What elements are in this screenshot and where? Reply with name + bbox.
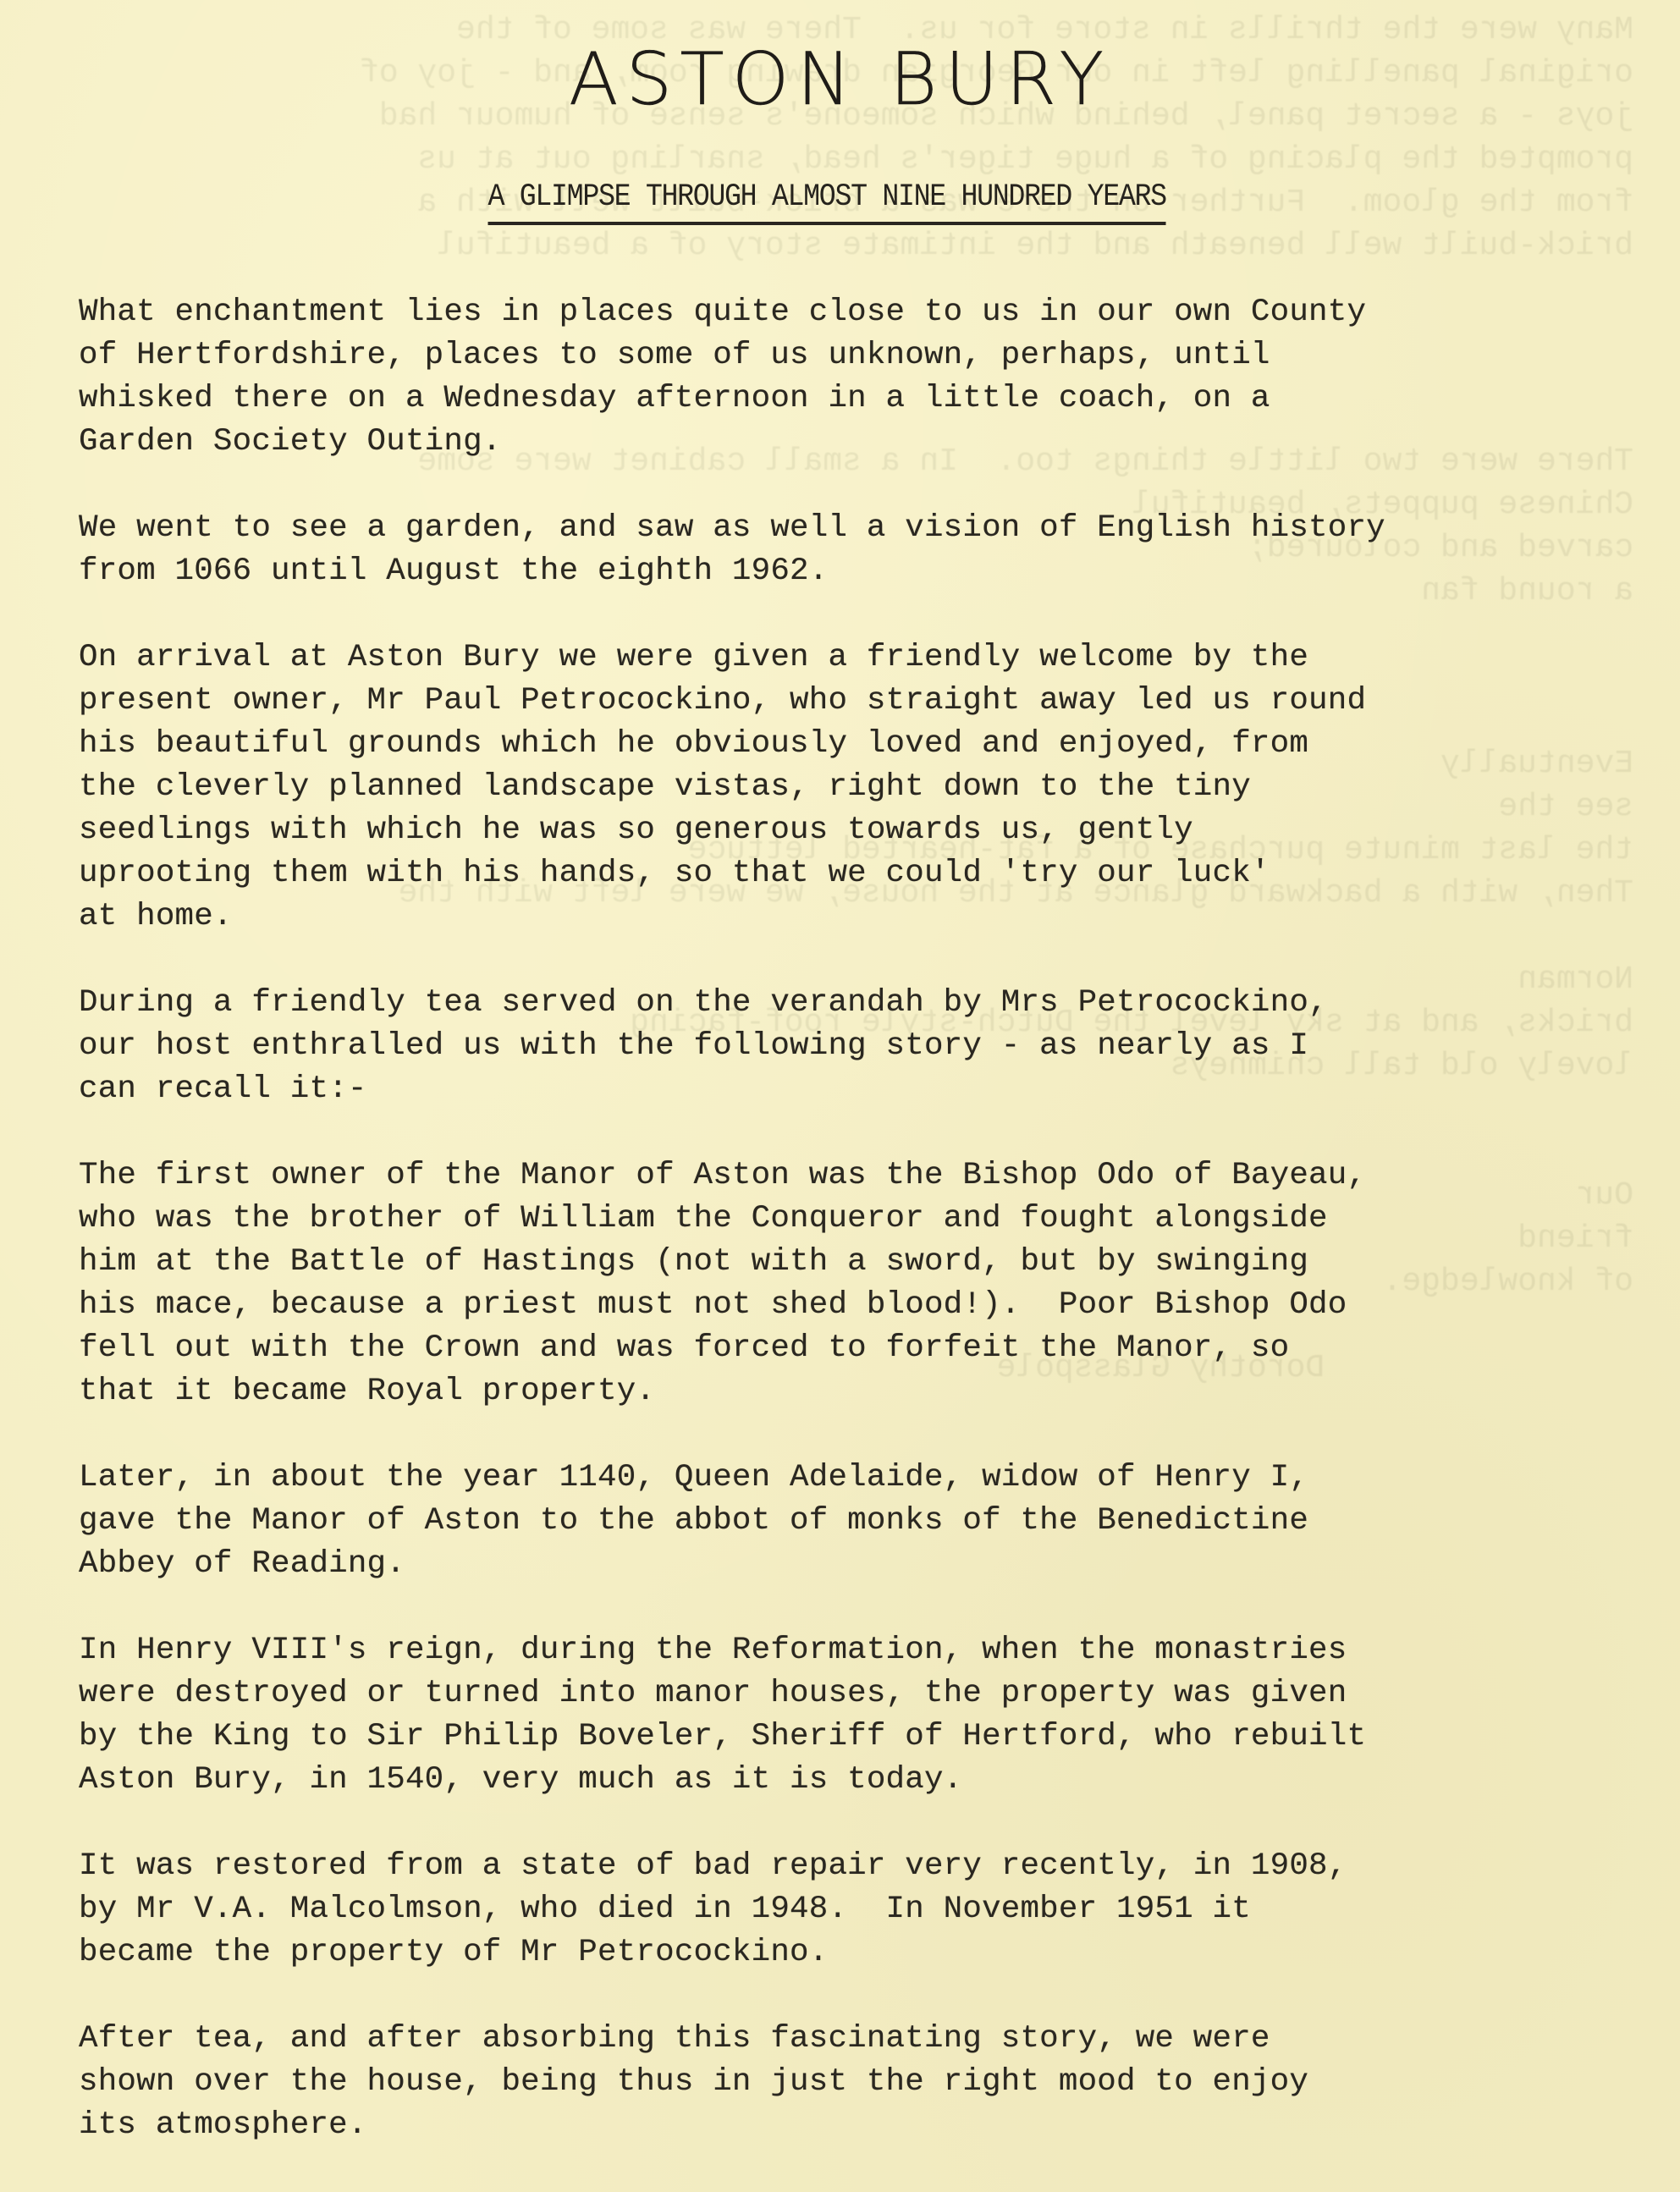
paragraph: Later, in about the year 1140, Queen Ade… (79, 1457, 1628, 1586)
document-title: ASTON BURY (0, 37, 1680, 122)
text-line: our host enthralled us with the followin… (79, 1025, 1628, 1068)
text-line: his mace, because a priest must not shed… (79, 1284, 1628, 1327)
text-line: the cleverly planned landscape vistas, r… (79, 766, 1628, 809)
text-line: him at the Battle of Hastings (not with … (79, 1241, 1628, 1284)
text-line: present owner, Mr Paul Petrocockino, who… (79, 680, 1628, 723)
document-subtitle: A GLIMPSE THROUGH ALMOST NINE HUNDRED YE… (0, 179, 1680, 225)
paragraph: It was restored from a state of bad repa… (79, 1845, 1628, 1974)
text-line: Later, in about the year 1140, Queen Ade… (79, 1457, 1628, 1500)
text-line: uprooting them with his hands, so that w… (79, 852, 1628, 895)
paragraph: On arrival at Aston Bury we were given a… (79, 636, 1628, 939)
text-line: that it became Royal property. (79, 1370, 1628, 1413)
paragraph: The first owner of the Manor of Aston wa… (79, 1154, 1628, 1413)
text-line: of Hertfordshire, places to some of us u… (79, 334, 1628, 377)
paragraph: We went to see a garden, and saw as well… (79, 507, 1628, 593)
text-line: became the property of Mr Petrocockino. (79, 1931, 1628, 1974)
text-line: Abbey of Reading. (79, 1543, 1628, 1586)
text-line: It was restored from a state of bad repa… (79, 1845, 1628, 1888)
text-line: Aston Bury, in 1540, very much as it is … (79, 1759, 1628, 1802)
subtitle-text: A GLIMPSE THROUGH ALMOST NINE HUNDRED YE… (488, 179, 1166, 225)
paragraph: After tea, and after absorbing this fasc… (79, 2018, 1628, 2147)
text-line: In Henry VIII's reign, during the Reform… (79, 1629, 1628, 1672)
text-line: The first owner of the Manor of Aston wa… (79, 1154, 1628, 1198)
text-line: Garden Society Outing. (79, 421, 1628, 464)
text-line: from 1066 until August the eighth 1962. (79, 550, 1628, 593)
text-line: can recall it:- (79, 1068, 1628, 1111)
text-line: who was the brother of William the Conqu… (79, 1198, 1628, 1241)
text-line: On arrival at Aston Bury we were given a… (79, 636, 1628, 680)
text-line: What enchantment lies in places quite cl… (79, 291, 1628, 334)
text-line: his beautiful grounds which he obviously… (79, 723, 1628, 766)
paragraph: During a friendly tea served on the vera… (79, 982, 1628, 1111)
text-line: by the King to Sir Philip Boveler, Sheri… (79, 1716, 1628, 1759)
text-line: seedlings with which he was so generous … (79, 809, 1628, 852)
text-line: We went to see a garden, and saw as well… (79, 507, 1628, 550)
text-line: its atmosphere. (79, 2104, 1628, 2147)
text-line: were destroyed or turned into manor hous… (79, 1672, 1628, 1716)
article-body: What enchantment lies in places quite cl… (79, 291, 1628, 2190)
text-line: fell out with the Crown and was forced t… (79, 1327, 1628, 1370)
text-line: whisked there on a Wednesday afternoon i… (79, 377, 1628, 421)
text-line: After tea, and after absorbing this fasc… (79, 2018, 1628, 2061)
paragraph: What enchantment lies in places quite cl… (79, 291, 1628, 464)
scanned-page: Many were the thrills in store for us. T… (0, 0, 1680, 2192)
text-line: During a friendly tea served on the vera… (79, 982, 1628, 1025)
paragraph: In Henry VIII's reign, during the Reform… (79, 1629, 1628, 1802)
text-line: shown over the house, being thus in just… (79, 2061, 1628, 2104)
text-line: by Mr V.A. Malcolmson, who died in 1948.… (79, 1888, 1628, 1931)
text-line: gave the Manor of Aston to the abbot of … (79, 1500, 1628, 1543)
text-line: at home. (79, 895, 1628, 939)
